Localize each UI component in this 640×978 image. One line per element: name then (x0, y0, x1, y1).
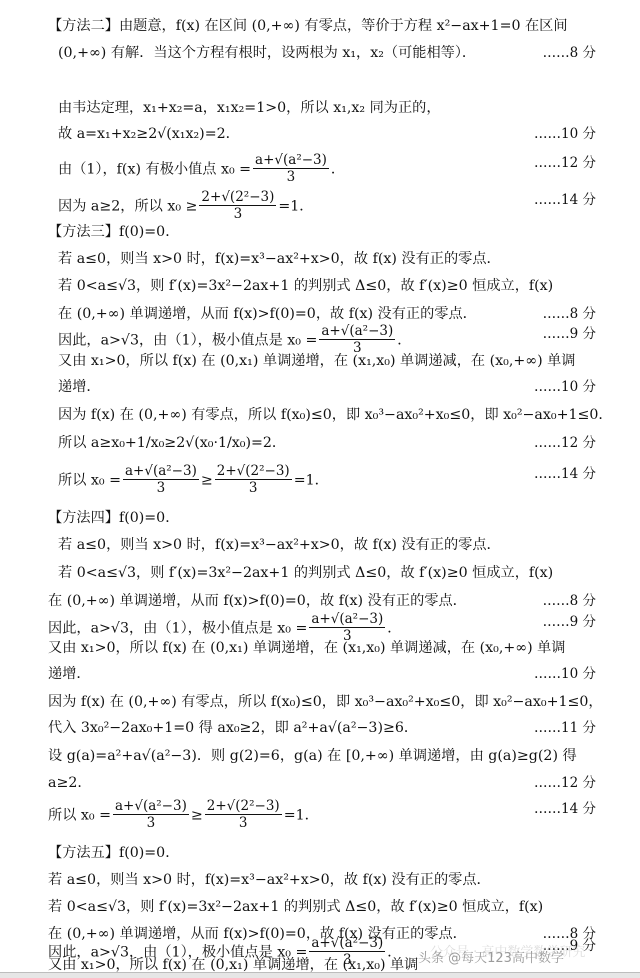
score-label: ……14 分 (534, 464, 596, 484)
numerator: 2+√(2²−3) (215, 463, 292, 480)
line-text: 所以 x₀ = (58, 473, 121, 489)
text-line: (0,+∞) 有解．当这个方程有根时，设两根为 x₁，x₂（可能相等）．……8 … (58, 43, 596, 63)
score-label: ……14 分 (534, 799, 596, 819)
score-label: ……9 分 (543, 612, 596, 632)
numerator: a+√(a²−3) (309, 611, 385, 628)
score-label: ……12 分 (534, 433, 596, 453)
numerator: a+√(a²−3) (309, 935, 385, 952)
denominator: 3 (253, 169, 329, 185)
score-label: ……9 分 (543, 324, 596, 344)
fraction-line: 所以 x₀ =a+√(a²−3)3≥2+√(2²−3)3=1．……14 分 (48, 799, 596, 832)
fraction-line: 所以 x₀ =a+√(a²−3)3≥2+√(2²−3)3=1．……14 分 (58, 464, 596, 497)
watermark-primary: 头条 @每天123高中数学 (418, 947, 564, 966)
numerator: a+√(a²−3) (123, 463, 199, 480)
line-text: =1． (284, 808, 319, 824)
denominator: 3 (113, 815, 189, 831)
line-text: 又由 x₁>0，所以 f(x) 在 (0,x₁) 单调递增，在 (x₁,x₀) … (58, 353, 576, 369)
line-text: 若 a≤0，则当 x>0 时，f(x)=x³−ax²+x>0，故 f(x) 没有… (58, 537, 501, 553)
text-line: 又由 x₁>0，所以 f(x) 在 (0,x₁) 单调递增，在 (x₁,x₀) … (58, 351, 596, 371)
line-text: 【方法二】由题意，f(x) 在区间 (0,+∞) 有零点，等价于方程 x²−ax… (48, 18, 568, 34)
numerator: 2+√(2²−3) (199, 189, 276, 206)
numerator: 2+√(2²−3) (205, 798, 282, 815)
text-line: 因为 f(x) 在 (0,+∞) 有零点，所以 f(x₀)≤0，即 x₀³−ax… (48, 692, 596, 712)
method4-title-line: 【方法四】f(0)=0． (48, 508, 596, 528)
fraction: a+√(a²−3)3 (253, 152, 329, 185)
text-line: 在 (0,+∞) 单调递增，从而 f(x)>f(0)=0，故 f(x) 没有正的… (58, 304, 596, 324)
line-text: 由韦达定理，x₁+x₂=a，x₁x₂=1>0，所以 x₁,x₂ 同为正的， (58, 100, 441, 116)
fraction: a+√(a²−3)3 (113, 798, 189, 831)
numerator: a+√(a²−3) (113, 798, 189, 815)
method5-title-line: 【方法五】f(0)=0． (48, 843, 596, 863)
text-line: 所以 a≥x₀+1/x₀≥2√(x₀·1/x₀)=2．……12 分 (58, 433, 596, 453)
score-label: ……8 分 (543, 43, 596, 63)
line-text: 【方法四】f(0)=0． (48, 510, 179, 526)
text-line: 若 a≤0，则当 x>0 时，f(x)=x³−ax²+x>0，故 f(x) 没有… (58, 535, 596, 555)
text-line: 若 a≤0，则当 x>0 时，f(x)=x³−ax²+x>0，故 f(x) 没有… (48, 870, 596, 890)
line-text: =1． (278, 199, 313, 215)
line-text: ． (387, 621, 401, 637)
score-label: ……14 分 (534, 190, 596, 210)
line-text: 若 a≤0，则当 x>0 时，f(x)=x³−ax²+x>0，故 f(x) 没有… (58, 251, 501, 267)
text-line: 设 g(a)=a²+a√(a²−3)．则 g(2)=6，g(a) 在 [0,+∞… (48, 746, 596, 766)
line-text: 因此，a>√3，由（1），极小值点是 x₀ = (48, 621, 307, 637)
line-text: 由（1），f(x) 有极小值点 x₀ = (58, 162, 251, 178)
line-text: 又由 x₁>0，所以 f(x) 在 (0,x₁) 单调递增，在 (x₁,x₀) … (48, 640, 566, 656)
score-label: ……10 分 (534, 377, 596, 397)
line-text: (0,+∞) 有解．当这个方程有根时，设两根为 x₁，x₂（可能相等）． (58, 45, 476, 61)
text-line: 若 0<a≤√3，则 f′(x)=3x²−2ax+1 的判别式 Δ≤0，故 f′… (48, 897, 596, 917)
line-text: 所以 a≥x₀+1/x₀≥2√(x₀·1/x₀)=2． (58, 435, 286, 451)
method3-title-line: 【方法三】f(0)=0． (48, 222, 596, 242)
text-line: 若 0<a≤√3，则 f′(x)=3x²−2ax+1 的判别式 Δ≤0，故 f′… (58, 563, 596, 583)
fraction-line: 由（1），f(x) 有极小值点 x₀ =a+√(a²−3)3．……12 分 (58, 153, 596, 186)
fraction: a+√(a²−3)3 (123, 463, 199, 496)
line-text: a≥2． (48, 775, 92, 791)
method2-title-line: 【方法二】由题意，f(x) 在区间 (0,+∞) 有零点，等价于方程 x²−ax… (48, 16, 596, 36)
line-text: 在 (0,+∞) 单调递增，从而 f(x)>f(0)=0，故 f(x) 没有正的… (58, 306, 477, 322)
line-text: 若 a≤0，则当 x>0 时，f(x)=x³−ax²+x>0，故 f(x) 没有… (48, 872, 491, 888)
page-bottom-edge (0, 972, 640, 978)
denominator: 3 (205, 815, 282, 831)
line-text: 递增． (48, 666, 91, 682)
line-text: =1． (294, 473, 329, 489)
line-text: 若 0<a≤√3，则 f′(x)=3x²−2ax+1 的判别式 Δ≤0，故 f′… (58, 278, 553, 294)
score-label: ……10 分 (534, 124, 596, 144)
text-line: 由韦达定理，x₁+x₂=a，x₁x₂=1>0，所以 x₁,x₂ 同为正的， (58, 98, 596, 118)
text-line: 递增．……10 分 (58, 377, 596, 397)
line-text: 所以 x₀ = (48, 808, 111, 824)
denominator: 3 (199, 206, 276, 222)
line-text: 又由 x₁>0，所以 f(x) 在 (0,x₁) 单调递增，在 (x₁,x₀) … (48, 957, 418, 973)
document-page: 【方法二】由题意，f(x) 在区间 (0,+∞) 有零点，等价于方程 x²−ax… (0, 0, 640, 978)
line-text: 若 0<a≤√3，则 f′(x)=3x²−2ax+1 的判别式 Δ≤0，故 f′… (48, 899, 543, 915)
fraction: 2+√(2²−3)3 (199, 189, 276, 222)
line-text: 若 0<a≤√3，则 f′(x)=3x²−2ax+1 的判别式 Δ≤0，故 f′… (58, 565, 553, 581)
line-text: 因为 f(x) 在 (0,+∞) 有零点，所以 f(x₀)≤0，即 x₀³−ax… (48, 694, 603, 710)
text-line: 又由 x₁>0，所以 f(x) 在 (0,x₁) 单调递增，在 (x₁,x₀) … (48, 638, 596, 658)
line-text: 【方法五】f(0)=0． (48, 845, 179, 861)
text-line: 因为 f(x) 在 (0,+∞) 有零点，所以 f(x₀)≤0，即 x₀³−ax… (58, 405, 596, 425)
text-line: 故 a=x₁+x₂≥2√(x₁x₂)=2．……10 分 (58, 124, 596, 144)
text-line: 若 0<a≤√3，则 f′(x)=3x²−2ax+1 的判别式 Δ≤0，故 f′… (58, 276, 596, 296)
line-text: ． (397, 333, 411, 349)
text-line: a≥2．……12 分 (48, 773, 596, 793)
numerator: a+√(a²−3) (319, 323, 395, 340)
line-text: 故 a=x₁+x₂≥2√(x₁x₂)=2． (58, 126, 240, 142)
line-text: 因为 a≥2，所以 x₀ ≥ (58, 199, 197, 215)
line-text: ≥ (201, 473, 213, 489)
line-text: 在 (0,+∞) 单调递增，从而 f(x)>f(0)=0，故 f(x) 没有正的… (48, 593, 467, 609)
line-text: 因为 f(x) 在 (0,+∞) 有零点，所以 f(x₀)≤0，即 x₀³−ax… (58, 407, 613, 423)
score-label: ……8 分 (543, 304, 596, 324)
denominator: 3 (123, 480, 199, 496)
line-text: ≥ (191, 808, 203, 824)
text-line: 递增．……10 分 (48, 664, 596, 684)
line-text: 因此，a>√3，由（1），极小值点是 x₀ = (58, 333, 317, 349)
numerator: a+√(a²−3) (253, 152, 329, 169)
line-text: 递增． (58, 379, 101, 395)
score-label: ……10 分 (534, 664, 596, 684)
text-line: 代入 3x₀²−2ax₀+1=0 得 ax₀≥2，即 a²+a√(a²−3)≥6… (48, 718, 596, 738)
score-label: ……8 分 (543, 591, 596, 611)
score-label: ……11 分 (534, 718, 596, 738)
denominator: 3 (215, 480, 292, 496)
text-line: 在 (0,+∞) 单调递增，从而 f(x)>f(0)=0，故 f(x) 没有正的… (48, 591, 596, 611)
fraction: 2+√(2²−3)3 (205, 798, 282, 831)
fraction: 2+√(2²−3)3 (215, 463, 292, 496)
line-text: 【方法三】f(0)=0． (48, 224, 179, 240)
score-label: ……12 分 (534, 153, 596, 173)
fraction-line: 因为 a≥2，所以 x₀ ≥2+√(2²−3)3=1．……14 分 (58, 190, 596, 223)
line-text: ． (331, 162, 345, 178)
line-text: 代入 3x₀²−2ax₀+1=0 得 ax₀≥2，即 a²+a√(a²−3)≥6… (48, 720, 418, 736)
text-line: 若 a≤0，则当 x>0 时，f(x)=x³−ax²+x>0，故 f(x) 没有… (58, 249, 596, 269)
line-text: 设 g(a)=a²+a√(a²−3)．则 g(2)=6，g(a) 在 [0,+∞… (48, 748, 577, 764)
score-label: ……12 分 (534, 773, 596, 793)
